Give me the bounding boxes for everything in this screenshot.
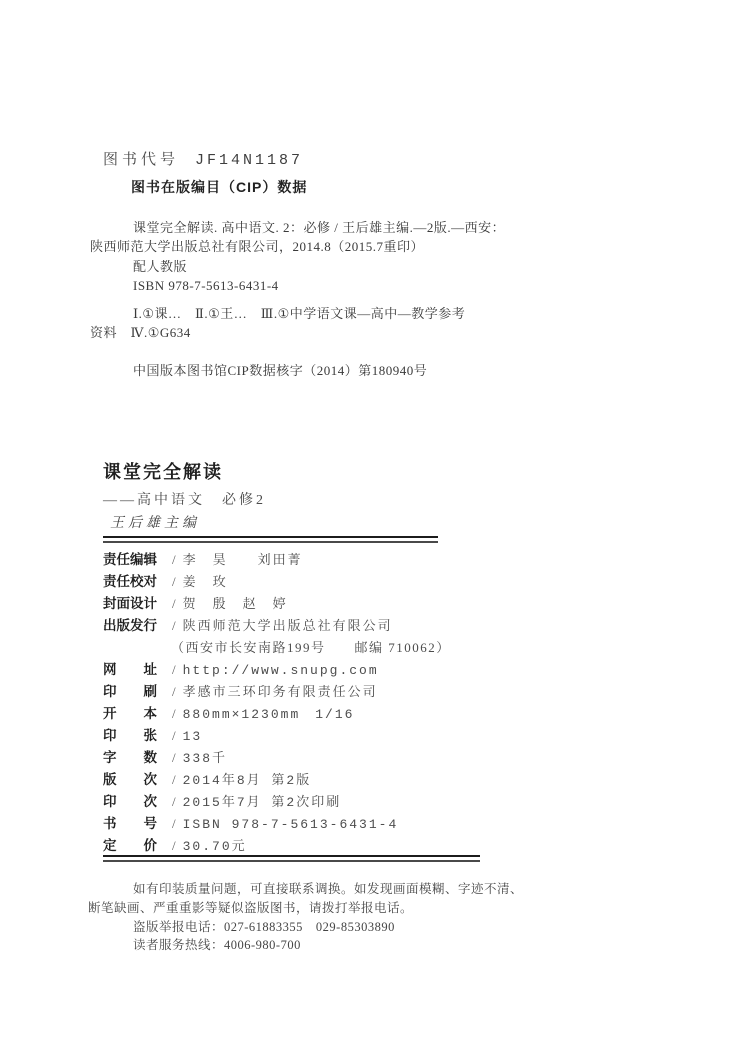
slash-separator: / [172, 816, 176, 831]
slash-separator: / [172, 706, 176, 721]
slash-separator: / [172, 684, 176, 699]
double-rule-bottom [103, 855, 480, 862]
cip-class-line: 资料 Ⅳ.①G634 [90, 323, 510, 342]
cip-classification-block: Ⅰ.①课… Ⅱ.①王… Ⅲ.①中学语文课—高中—教学参考 资料 Ⅳ.①G634 [90, 304, 510, 343]
book-code-label: 图书代号 [103, 152, 179, 168]
row-label: 网 址 [103, 659, 159, 681]
footer-notice: 如有印装质量问题，可直接联系调换。如发现画面模糊、字迹不清、 断笔缺画、严重重影… [88, 880, 578, 955]
book-title: 课堂完全解读 [103, 458, 223, 484]
slash-separator: / [172, 552, 176, 567]
book-code-line: 图书代号JF14N1187 [103, 148, 303, 169]
row-label: 责任编辑 [103, 549, 159, 571]
colophon-row-wordcount: 字 数/338千 [103, 747, 503, 769]
row-value: 贺 殷 赵 婷 [183, 596, 288, 611]
colophon-row-editor: 责任编辑/李 昊 刘田菁 [103, 549, 503, 571]
colophon-row-publisher: 出版发行/陕西师范大学出版总社有限公司 [103, 615, 503, 637]
colophon-row-format: 开 本/880mm×1230mm 1/16 [103, 703, 503, 725]
slash-separator: / [172, 838, 176, 853]
colophon-row-printing: 印 次/2015年7月 第2次印刷 [103, 791, 503, 813]
price-value: 30.70元 [183, 839, 247, 854]
slash-separator: / [172, 750, 176, 765]
quality-notice-line: 断笔缺画、严重重影等疑似盗版图书，请拨打举报电话。 [88, 899, 578, 918]
row-label: 印 张 [103, 725, 159, 747]
book-subtitle: ——高中语文 必修2 [103, 489, 266, 509]
colophon-row-sheets: 印 张/13 [103, 725, 503, 747]
row-value: 孝感市三环印务有限责任公司 [183, 684, 378, 699]
slash-separator: / [172, 794, 176, 809]
row-label: 定 价 [103, 835, 159, 857]
row-value: 2015年7月 第2次印刷 [183, 795, 342, 810]
cip-record-block: 课堂完全解读. 高中语文. 2：必修 / 王后雄主编.—2版.—西安： 陕西师范… [90, 218, 510, 295]
publisher-address: （西安市长安南路199号 邮编 710062） [171, 640, 451, 655]
row-label: 开 本 [103, 703, 159, 725]
cip-record-line: 配人教版 [90, 257, 510, 276]
book-editor: 王后雄主编 [110, 512, 200, 532]
colophon-row-proofreader: 责任校对/姜 玫 [103, 571, 503, 593]
colophon-row-publisher-address: （西安市长安南路199号 邮编 710062） [103, 637, 503, 659]
row-value: 姜 玫 [183, 574, 228, 589]
slash-separator: / [172, 574, 176, 589]
slash-separator: / [172, 728, 176, 743]
colophon-row-edition: 版 次/2014年8月 第2版 [103, 769, 503, 791]
colophon-row-isbn: 书 号/ISBN 978-7-5613-6431-4 [103, 813, 503, 835]
row-value: 338千 [183, 751, 227, 766]
colophon-row-price: 定 价/30.70元 [103, 835, 503, 857]
slash-separator: / [172, 596, 176, 611]
row-label: 字 数 [103, 747, 159, 769]
row-value: 880mm×1230mm 1/16 [183, 707, 355, 722]
colophon-row-cover-design: 封面设计/贺 殷 赵 婷 [103, 593, 503, 615]
row-label: 出版发行 [103, 615, 159, 637]
colophon-row-printer: 印 刷/孝感市三环印务有限责任公司 [103, 681, 503, 703]
website-url: http://www.snupg.com [183, 663, 379, 678]
cip-record-line: 陕西师范大学出版总社有限公司，2014.8（2015.7重印） [90, 237, 510, 256]
colophon-row-website: 网 址/http://www.snupg.com [103, 659, 503, 681]
row-label: 封面设计 [103, 593, 159, 615]
row-label: 责任校对 [103, 571, 159, 593]
slash-separator: / [172, 662, 176, 677]
row-label: 印 次 [103, 791, 159, 813]
copyright-page: 图书代号JF14N1187 图书在版编目（CIP）数据 课堂完全解读. 高中语文… [0, 0, 750, 1052]
row-value: 陕西师范大学出版总社有限公司 [183, 618, 393, 633]
reader-service-hotline: 读者服务热线：4006-980-700 [88, 936, 578, 955]
row-value: 李 昊 刘田菁 [183, 552, 303, 567]
row-value: 2014年8月 第2版 [183, 773, 312, 788]
piracy-hotline: 盗版举报电话：027-61883355 029-85303890 [88, 918, 578, 937]
cip-record-line: 课堂完全解读. 高中语文. 2：必修 / 王后雄主编.—2版.—西安： [90, 218, 510, 237]
double-rule-top [103, 536, 438, 543]
cip-class-line: Ⅰ.①课… Ⅱ.①王… Ⅲ.①中学语文课—高中—教学参考 [90, 304, 510, 323]
isbn-value: ISBN 978-7-5613-6431-4 [183, 817, 399, 832]
colophon: 责任编辑/李 昊 刘田菁 责任校对/姜 玫 封面设计/贺 殷 赵 婷 出版发行/… [103, 549, 503, 857]
row-label: 版 次 [103, 769, 159, 791]
book-code-value: JF14N1187 [195, 152, 303, 169]
row-value: 13 [183, 729, 203, 744]
cip-section-title: 图书在版编目（CIP）数据 [131, 177, 307, 197]
cip-registry-number: 中国版本图书馆CIP数据核字（2014）第180940号 [133, 360, 427, 379]
row-label: 书 号 [103, 813, 159, 835]
cip-isbn-line: ISBN 978-7-5613-6431-4 [90, 276, 510, 295]
slash-separator: / [172, 772, 176, 787]
quality-notice-line: 如有印装质量问题，可直接联系调换。如发现画面模糊、字迹不清、 [88, 880, 578, 899]
slash-separator: / [172, 618, 176, 633]
row-label: 印 刷 [103, 681, 159, 703]
